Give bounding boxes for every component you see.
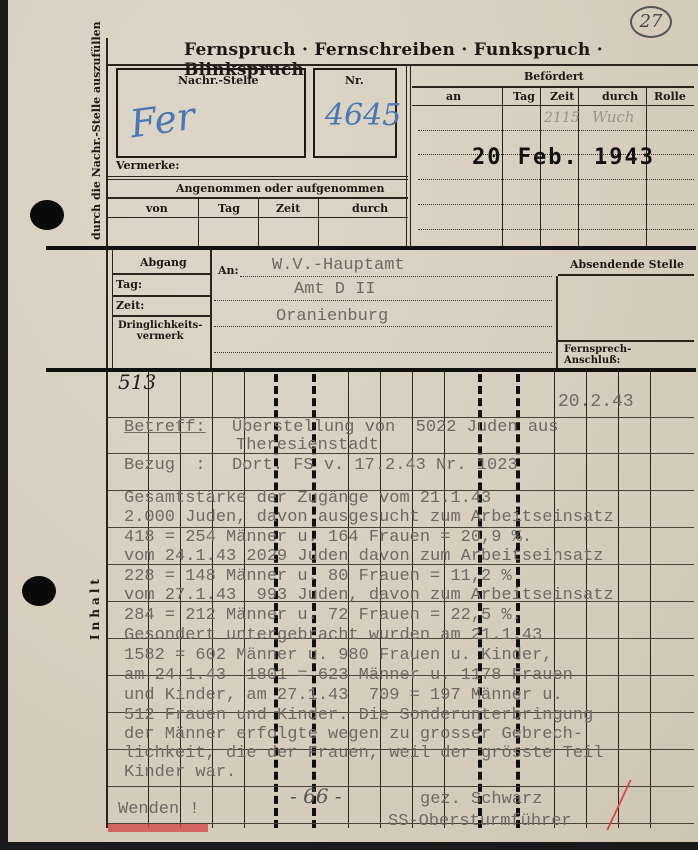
date-stamp: 20 Feb. 1943	[472, 145, 655, 170]
body-line-5: 228 = 148 Männer u. 80 Frauen = 11,2 %	[124, 567, 512, 586]
grid-row	[108, 786, 694, 787]
angenommen-label: Angenommen oder aufgenommen	[176, 182, 384, 195]
abgang-rule-2	[112, 295, 210, 297]
bef-dotted-1	[418, 130, 694, 131]
body-line-8: Gesondert untergebracht wurden am 21.1.4…	[124, 626, 542, 645]
body-line-10: am 24.1.43 1801 = 623 Männer u. 1178 Fra…	[124, 666, 573, 685]
fernsprech-rule	[558, 340, 694, 342]
ang-col-sep-3	[318, 199, 319, 247]
angenommen-col-von: von	[146, 202, 168, 215]
upper-section-rule	[46, 246, 696, 250]
vermerke-label: Vermerke:	[116, 159, 179, 172]
body-line-4: vom 24.1.43 2029 Juden davon zum Arbeits…	[124, 547, 603, 566]
side-note: durch die Nachr.-Stelle auszufüllen	[90, 20, 103, 240]
nachr-stelle-box: Nachr.-Stelle Fer	[116, 68, 306, 158]
absendende-border	[556, 276, 558, 368]
absendende-stelle-label: Absendende Stelle	[570, 258, 684, 271]
nachr-stelle-label: Nachr.-Stelle	[178, 74, 258, 87]
body-line-14: lichkeit, die der Frauen, weil der gröss…	[124, 744, 603, 763]
body-line-3: 418 = 254 Männer u. 164 Frauen = 20,9 %.	[124, 528, 532, 547]
abgang-tag-label: Tag:	[116, 278, 142, 291]
befoerdert-col-durch: durch	[602, 90, 638, 103]
angenommen-col-tag: Tag	[218, 202, 240, 215]
red-pencil-mark	[108, 824, 208, 832]
befoerdert-col-an: an	[446, 90, 461, 103]
telegram-form: 27 durch die Nachr.-Stelle auszufüllen I…	[8, 0, 698, 842]
handwritten-number: 513	[118, 370, 156, 394]
page-marker: - 66 -	[290, 784, 342, 808]
betreff-label: Betreff:	[124, 418, 206, 437]
abgang-label: Abgang	[140, 256, 187, 269]
nr-label: Nr.	[345, 74, 364, 87]
bef-dotted-4	[418, 204, 694, 205]
befoerdert-col-zeit: Zeit	[550, 90, 574, 103]
befoerdert-zeit-handwritten: 2115	[544, 110, 580, 126]
angenommen-col-durch: durch	[352, 202, 388, 215]
rank: SS-Obersturmführer	[388, 812, 572, 831]
befoerdert-col-tag: Tag	[513, 90, 535, 103]
body-line-1: Gesamtstärke der Zugänge vom 21.1.43	[124, 489, 491, 508]
befoerdert-rule	[412, 86, 694, 88]
an-line-3: Oranienburg	[276, 307, 388, 326]
body-line-9: 1582 = 602 Männer u. 980 Frauen u. Kinde…	[124, 646, 552, 665]
befoerdert-label: Befördert	[524, 70, 584, 83]
wenden-note: Wenden !	[118, 800, 200, 819]
body-line-11: und Kinder, am 27.1.43 709 = 197 Männer …	[124, 686, 563, 705]
an-label: An:	[218, 264, 239, 277]
betreff-text: Überstellung von 5022 Juden aus	[232, 418, 558, 437]
betreff-text-2: Theresienstadt	[236, 436, 379, 455]
grid-row	[108, 453, 694, 454]
befoerdert-header-rule	[412, 105, 694, 106]
abgang-zeit-label: Zeit:	[116, 299, 144, 312]
page-number-circle: 27	[630, 6, 672, 38]
abgang-dringlichkeit-label: Dringlichkeits- vermerk	[118, 320, 202, 342]
an-line-1: W.V.-Hauptamt	[272, 256, 405, 275]
punch-hole-bottom	[22, 576, 56, 606]
body-line-7: 284 = 212 Männer u. 72 Frauen = 22,5 %.	[124, 606, 522, 625]
title-rule	[108, 64, 698, 66]
befoerdert-col-rolle: Rolle	[654, 90, 686, 103]
abgang-left-border	[112, 250, 113, 370]
befoerdert-divider-2	[410, 66, 411, 248]
vermerke-rule-2	[108, 179, 408, 180]
befoerdert-durch-handwritten: Wuch	[592, 108, 635, 126]
vermerke-rule	[108, 176, 408, 177]
abgang-rule-1	[112, 273, 210, 275]
body-line-6: vom 27.1.43 993 Juden, davon zum Arbeits…	[124, 586, 614, 605]
body-line-2: 2.000 Juden, davon ausgesucht zum Arbeit…	[124, 508, 614, 527]
an-dotted-3	[214, 326, 552, 327]
an-dotted-2	[214, 300, 552, 301]
ang-col-sep-1	[198, 199, 199, 247]
bezug-text: Dort. FS v. 17.2.43 Nr. 1023	[232, 456, 518, 475]
bef-dotted-5	[418, 229, 694, 230]
an-dotted-4	[214, 352, 552, 353]
body-line-13: der Männer erfolgte wegen zu grosser Geb…	[124, 725, 583, 744]
angenommen-col-zeit: Zeit	[276, 202, 300, 215]
body-line-15: Kinder war.	[124, 763, 236, 782]
signature: gez. Schwarz	[420, 790, 542, 809]
abgang-rule-3	[112, 315, 210, 317]
nr-value[interactable]: 4645	[325, 98, 401, 133]
left-frame-line	[106, 38, 108, 828]
fernsprech-label: Fernsprech- Anschluß:	[564, 344, 631, 366]
abgang-right-border	[210, 250, 212, 370]
ang-col-sep-2	[258, 199, 259, 247]
page-number: 27	[640, 11, 663, 32]
an-line-2: Amt D II	[294, 280, 376, 299]
punch-hole-top	[30, 200, 64, 230]
bef-dotted-3	[418, 179, 694, 180]
nachr-stelle-value[interactable]: Fer	[127, 94, 197, 147]
message-date: 20.2.43	[558, 392, 634, 412]
grid-col	[650, 372, 651, 828]
befoerdert-divider	[406, 66, 407, 248]
body-line-12: 512 Frauen und Kinder. Die Sonderunterbr…	[124, 706, 593, 725]
an-dotted-1	[240, 276, 552, 277]
nr-box: Nr. 4645	[313, 68, 397, 158]
absendende-rule	[558, 274, 694, 276]
bezug-label: Bezug :	[124, 456, 206, 475]
grid-col	[618, 372, 619, 828]
side-inhalt-label: Inhalt	[88, 575, 102, 640]
